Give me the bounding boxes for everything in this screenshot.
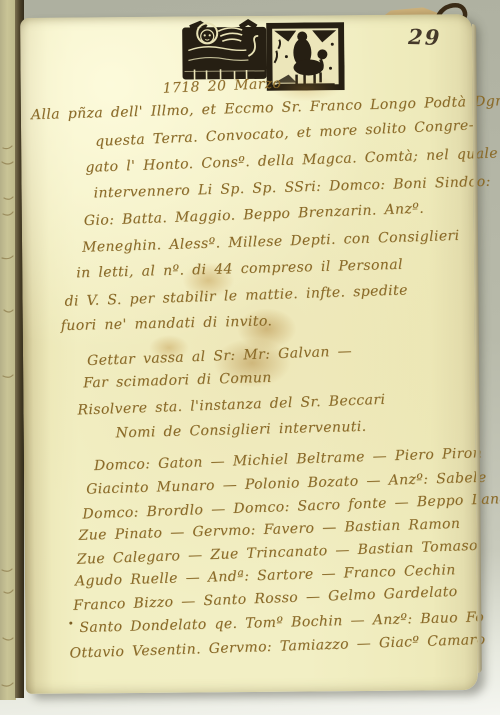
manuscript-line: Risolvere sta. l'instanza del Sr. Beccar… (77, 392, 385, 419)
manuscript-line: fuori ne' mandati di invito. (61, 313, 273, 334)
manuscript-line: Santo Dondelato qe. Tomº Bochin — Anzº: … (79, 609, 484, 636)
manuscript-page: 29 1718 20 Marzo Alla pñza dell' Illmo, … (20, 14, 478, 694)
manuscript-line: intervennero Li Sp. Sp. SSri: Domco: Bon… (93, 174, 491, 202)
manuscript-line: gato l' Honto. Consº. della Magca. Comtà… (85, 145, 498, 175)
bleedthrough-writing-marks (0, 140, 16, 700)
manuscript-line: Far scimadori di Comun (83, 370, 272, 392)
page-number: 29 (408, 24, 442, 50)
ink-dot (69, 622, 72, 625)
manuscript-line: Ottavio Vesentin. Gervmo: Tamiazzo — Gia… (69, 632, 485, 662)
manuscript-line: Domco: Gaton — Michiel Beltrame — Piero … (94, 445, 483, 474)
manuscript-line: di V. S. per stabilir le mattie. infte. … (64, 282, 408, 309)
manuscript-photo: 29 1718 20 Marzo Alla pñza dell' Illmo, … (0, 0, 500, 715)
manuscript-line: in letti, al nº. di 44 compreso il Perso… (76, 257, 403, 282)
manuscript-line: Franco Bizzo — Santo Rosso — Gelmo Garde… (73, 584, 458, 614)
manuscript-line: Gio: Batta. Maggio. Beppo Brenzarin. Anz… (84, 201, 425, 229)
manuscript-line: Gettar vassa al Sr: Mr: Galvan — (87, 343, 353, 369)
facing-page-edge (0, 0, 16, 700)
manuscript-line: Meneghin. Alessº. Millese Depti. con Con… (82, 228, 460, 256)
manuscript-line: questa Terra. Convocato, et more solito … (95, 117, 474, 150)
manuscript-line: Nomi de Consiglieri intervenuti. (115, 419, 366, 442)
